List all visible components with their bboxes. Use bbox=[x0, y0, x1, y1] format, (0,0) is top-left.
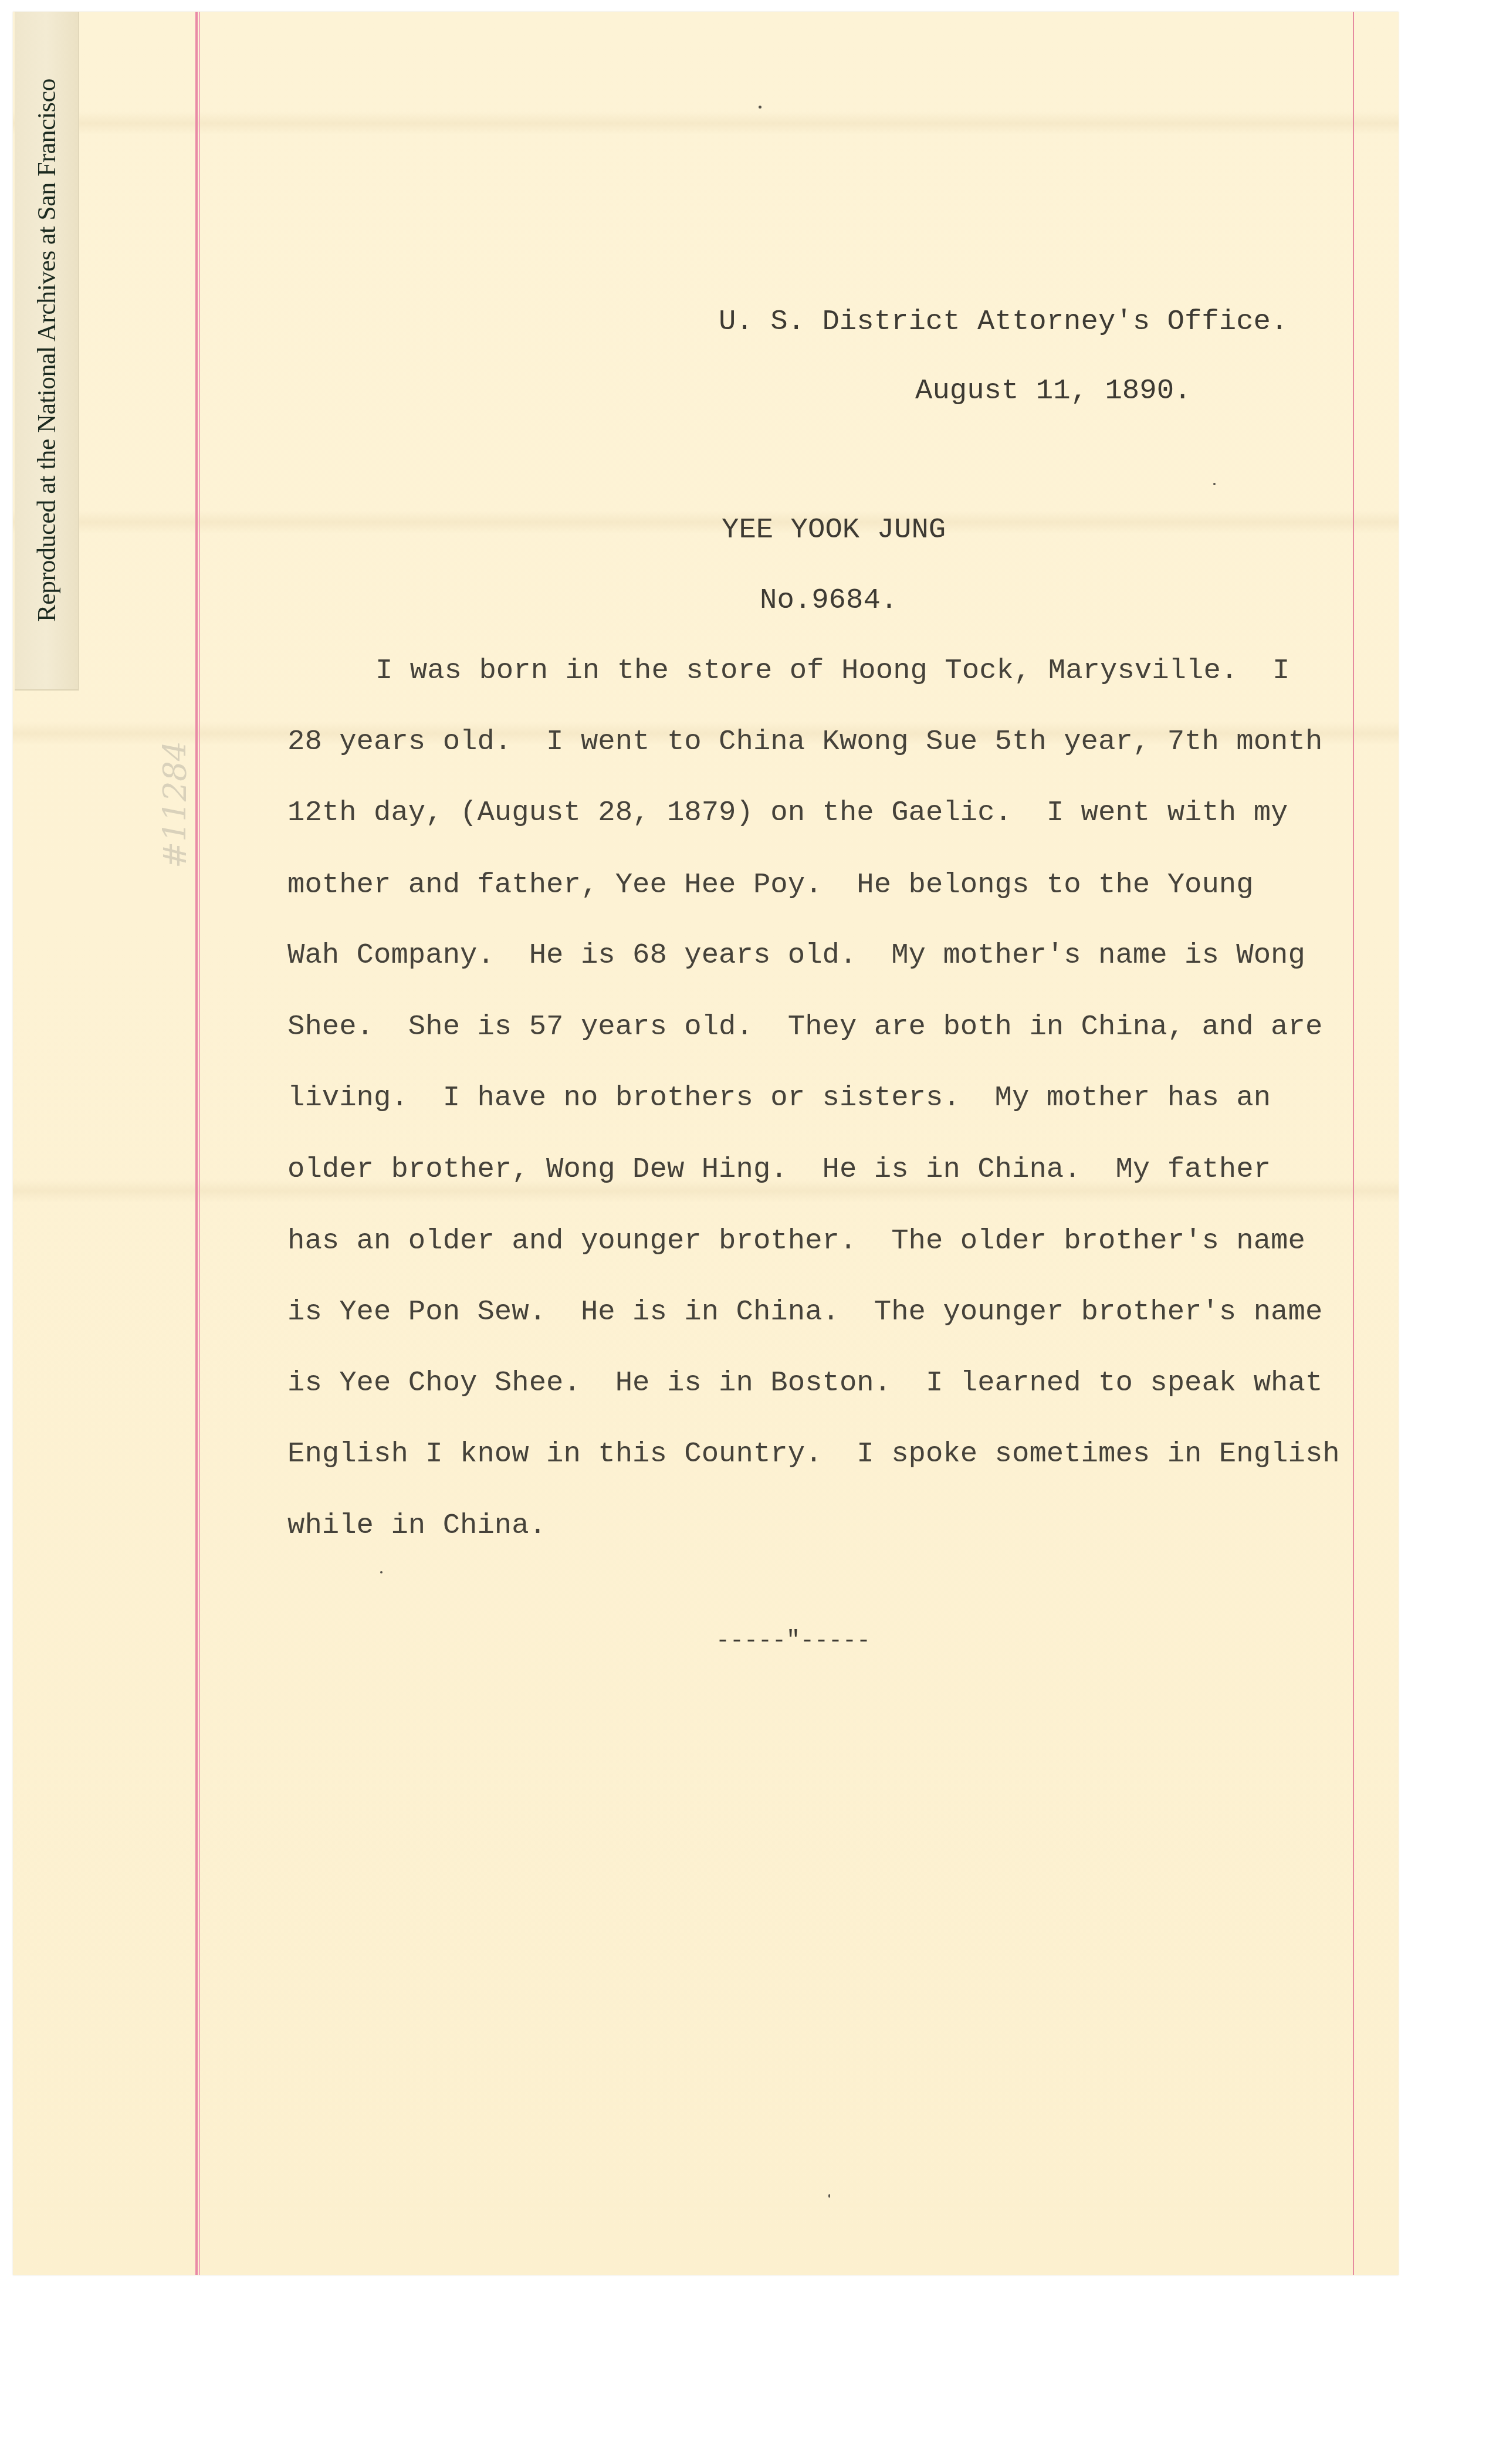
statement-line: is Yee Pon Sew. He is in China. The youn… bbox=[287, 1298, 1322, 1326]
fold-shadow bbox=[13, 510, 1399, 534]
statement-line: 28 years old. I went to China Kwong Sue … bbox=[287, 727, 1322, 756]
archive-stamp: Reproduced at the National Archives at S… bbox=[15, 12, 79, 691]
right-margin-rule bbox=[1353, 12, 1354, 2275]
pencil-annotation: #11284 bbox=[157, 741, 194, 868]
left-margin-rule bbox=[195, 12, 198, 2275]
statement-line: living. I have no brothers or sisters. M… bbox=[287, 1084, 1271, 1112]
statement-line: Shee. She is 57 years old. They are both… bbox=[287, 1013, 1322, 1041]
statement-line: while in China. bbox=[287, 1511, 546, 1540]
statement-line: English I know in this Country. I spoke … bbox=[287, 1440, 1340, 1468]
ink-speck bbox=[759, 106, 761, 109]
ink-speck bbox=[380, 1571, 383, 1573]
ink-speck bbox=[828, 2194, 830, 2198]
subject-name: YEE YOOK JUNG bbox=[722, 516, 946, 544]
fold-shadow bbox=[13, 111, 1399, 135]
statement-line: mother and father, Yee Hee Poy. He belon… bbox=[287, 871, 1254, 899]
closing-separator: -----"----- bbox=[716, 1630, 871, 1653]
statement-line: older brother, Wong Dew Hing. He is in C… bbox=[287, 1155, 1271, 1184]
document-page: Reproduced at the National Archives at S… bbox=[13, 12, 1399, 2275]
ink-speck bbox=[1213, 483, 1216, 485]
statement-line: has an older and younger brother. The ol… bbox=[287, 1227, 1305, 1255]
case-number: No.9684. bbox=[760, 586, 898, 615]
archive-stamp-text: Reproduced at the National Archives at S… bbox=[32, 79, 62, 622]
document-date: August 11, 1890. bbox=[915, 377, 1191, 405]
statement-line: I was born in the store of Hoong Tock, M… bbox=[375, 656, 1289, 685]
statement-line: is Yee Choy Shee. He is in Boston. I lea… bbox=[287, 1369, 1322, 1397]
left-margin-rule-secondary bbox=[199, 12, 200, 2275]
office-heading: U. S. District Attorney's Office. bbox=[719, 307, 1288, 336]
statement-line: Wah Company. He is 68 years old. My moth… bbox=[287, 941, 1305, 970]
statement-line: 12th day, (August 28, 1879) on the Gaeli… bbox=[287, 798, 1288, 827]
